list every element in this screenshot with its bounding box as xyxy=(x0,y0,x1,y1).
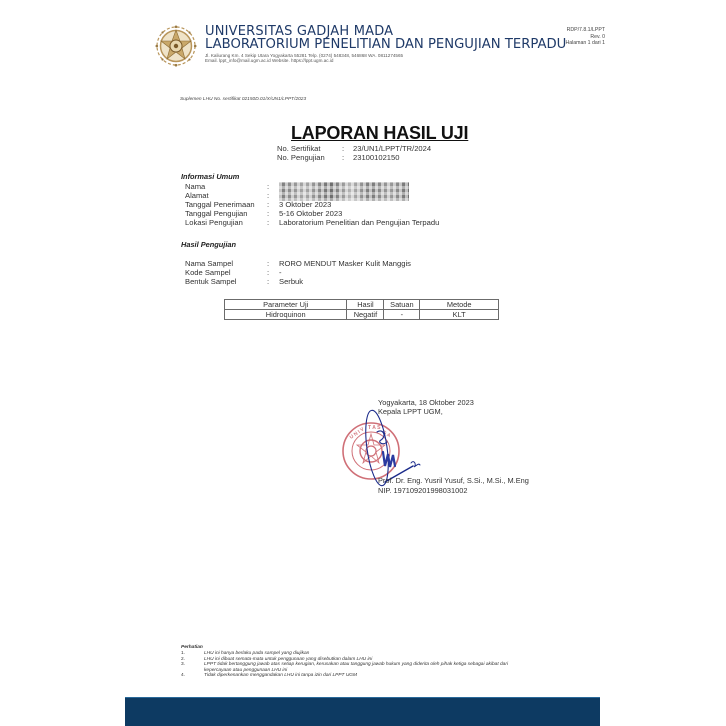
cell-parameter: Hidroquinon xyxy=(225,310,347,320)
certificate-number-label: No. Sertifikat xyxy=(277,144,320,153)
field-value: 5-16 Oktober 2023 xyxy=(279,209,342,218)
note-text: LPPT tidak bertanggung jawab atas setiap… xyxy=(204,662,508,667)
field-value: 3 Oktober 2023 xyxy=(279,200,331,209)
ugm-emblem-icon xyxy=(154,24,198,68)
field-label: Kode Sampel xyxy=(185,268,231,277)
field-label: Tanggal Penerimaan xyxy=(185,200,255,209)
separator: : xyxy=(342,144,344,153)
signer-name: Prof. Dr. Eng. Yusril Yusuf, S.Si., M.Si… xyxy=(378,476,529,486)
separator: : xyxy=(267,209,269,218)
field-value: RORO MENDUT Masker Kulit Manggis xyxy=(279,259,411,268)
separator: : xyxy=(267,200,269,209)
field-label: Nama xyxy=(185,182,205,191)
test-results-title: Hasil Pengujian xyxy=(181,240,236,249)
field-label: Tanggal Pengujian xyxy=(185,209,248,218)
table-row: Hidroquinon Negatif - KLT xyxy=(225,310,499,320)
note-item: 4.Tidak diperkenankan menggandakan LHU i… xyxy=(181,673,508,679)
field-value: Serbuk xyxy=(279,277,303,286)
field-value: - xyxy=(279,268,282,277)
redacted-name-address xyxy=(279,182,409,201)
field-label: Lokasi Pengujian xyxy=(185,218,243,227)
note-text: LHU ini hanya berlaku pada sampel yang d… xyxy=(204,651,309,656)
separator: : xyxy=(267,259,269,268)
field-label: Nama Sampel xyxy=(185,259,233,268)
test-number-value: 23100102150 xyxy=(353,153,399,162)
supplement-note: Suplemen LHU No. sertifikat 02150D.01/X/… xyxy=(180,97,306,102)
cell-unit: - xyxy=(384,310,420,320)
separator: : xyxy=(267,218,269,227)
document-meta: RDP/7.8.1/LPPT Rev. 0 Halaman 1 dari 1 xyxy=(565,27,605,47)
separator: : xyxy=(267,191,269,200)
field-label: Bentuk Sampel xyxy=(185,277,237,286)
footer-bar xyxy=(125,697,600,726)
signer-details: Prof. Dr. Eng. Yusril Yusuf, S.Si., M.Si… xyxy=(378,476,529,495)
certificate-number-value: 23/UN1/LPPT/TR/2024 xyxy=(353,144,431,153)
separator: : xyxy=(267,182,269,191)
note-number: 4. xyxy=(181,673,185,679)
notes-section: Perhatian 1.LHU ini hanya berlaku pada s… xyxy=(181,645,508,679)
contact-line: Email. lppt_info@mail.ugm.ac.id Website.… xyxy=(205,58,333,63)
test-number-label: No. Pengujian xyxy=(277,153,325,162)
header-parameter: Parameter Uji xyxy=(225,300,347,310)
report-page: UNIVERSITAS GADJAH MADA LABORATORIUM PEN… xyxy=(0,0,726,726)
doc-code: RDP/7.8.1/LPPT xyxy=(565,27,605,34)
header-method: Metode xyxy=(420,300,499,310)
field-label: Alamat xyxy=(185,191,209,200)
field-value: Laboratorium Penelitian dan Pengujian Te… xyxy=(279,218,439,227)
place-date: Yogyakarta, 18 Oktober 2023 xyxy=(378,398,474,407)
header-unit: Satuan xyxy=(384,300,420,310)
table-header-row: Parameter Uji Hasil Satuan Metode xyxy=(225,300,499,310)
notes-title: Perhatian xyxy=(181,645,508,651)
note-text: LHU ini dibuat semata-mata untuk penggun… xyxy=(204,657,372,662)
signer-nip: NIP. 197109201998031002 xyxy=(378,486,529,496)
separator: : xyxy=(267,268,269,277)
header-result: Hasil xyxy=(347,300,384,310)
revision: Rev. 0 xyxy=(565,34,605,41)
cell-method: KLT xyxy=(420,310,499,320)
laboratory-name: LABORATORIUM PENELITIAN DAN PENGUJIAN TE… xyxy=(205,37,566,52)
report-title: LAPORAN HASIL UJI xyxy=(291,123,468,144)
cell-result: Negatif xyxy=(347,310,384,320)
general-info-title: Informasi Umum xyxy=(181,172,239,181)
page-number: Halaman 1 dari 1 xyxy=(565,40,605,47)
results-table: Parameter Uji Hasil Satuan Metode Hidroq… xyxy=(224,299,499,320)
note-text: Tidak diperkenankan menggandakan LHU ini… xyxy=(204,673,357,678)
separator: : xyxy=(267,277,269,286)
separator: : xyxy=(342,153,344,162)
